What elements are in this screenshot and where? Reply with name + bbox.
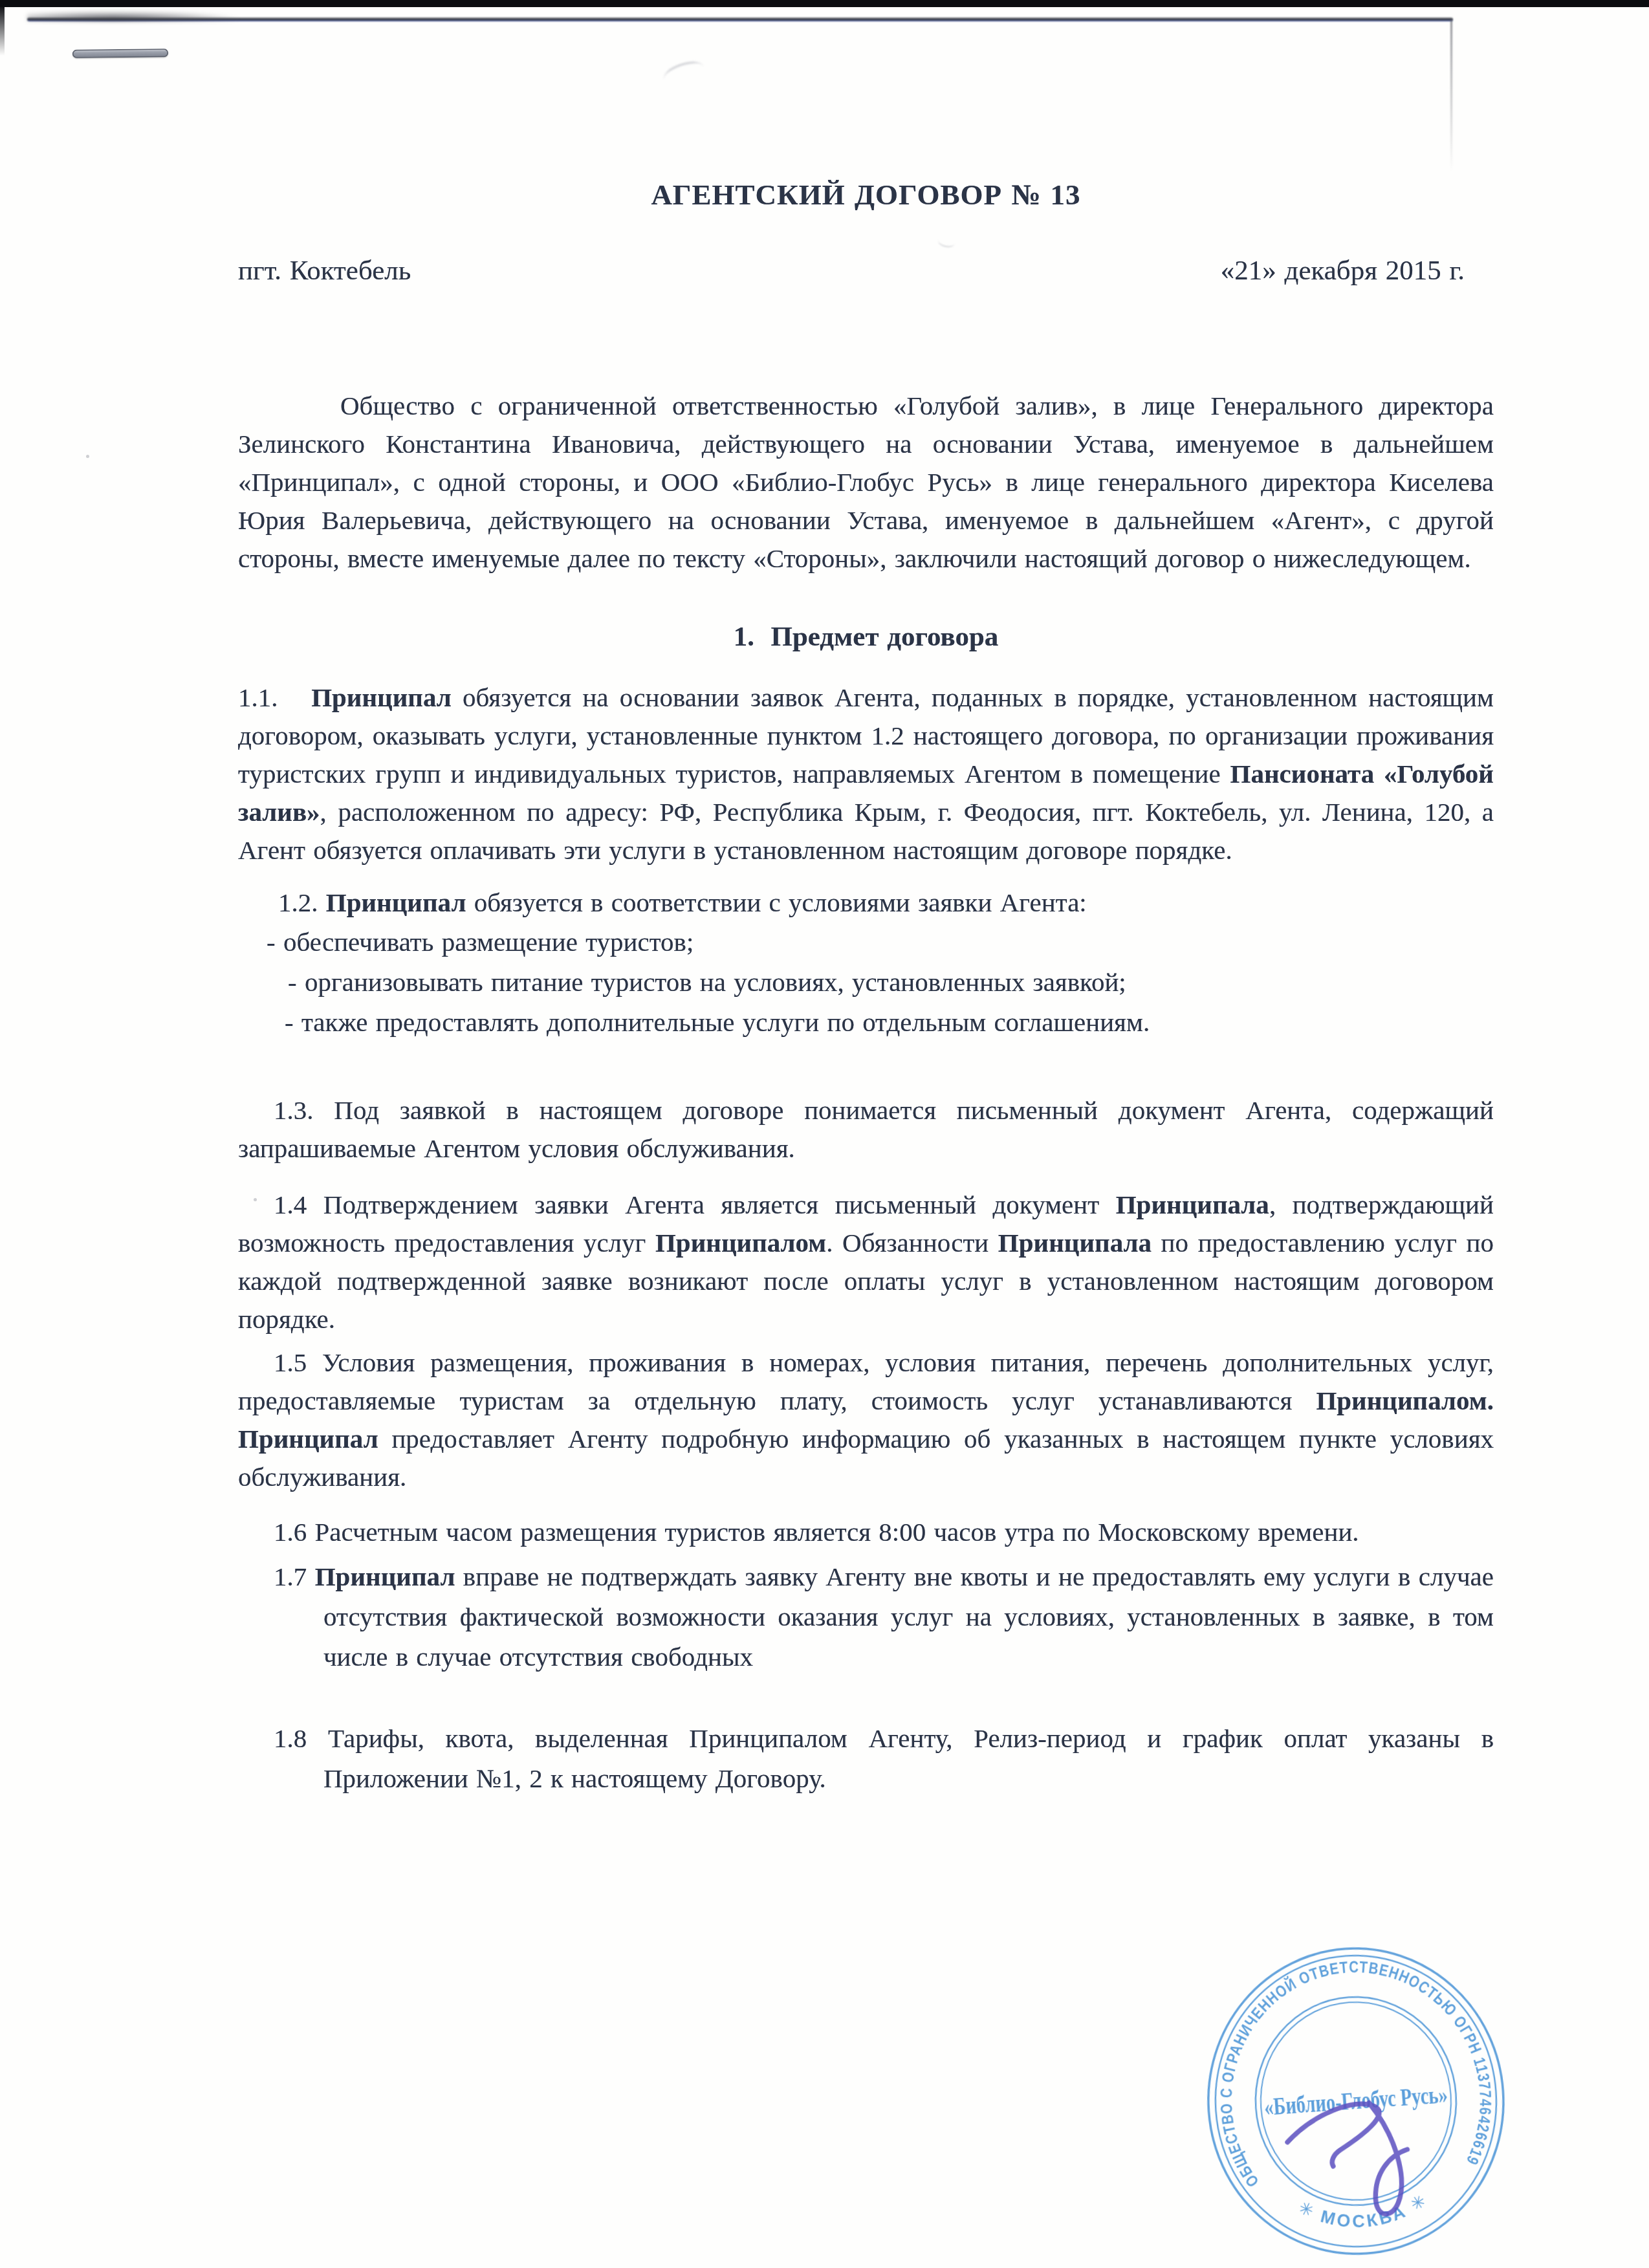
clause-1-7: 1.7 Принципал вправе не подтверждать зая…: [238, 1556, 1494, 1677]
contract-date: «21» декабря 2015 г.: [1221, 252, 1465, 290]
clause-1-3: 1.3. Под заявкой в настоящем договоре по…: [238, 1091, 1494, 1168]
page-right-corner-edge: [1450, 19, 1452, 171]
clause-1-5: 1.5 Условия размещения, проживания в ном…: [238, 1344, 1494, 1496]
pencil-smudge: [661, 58, 706, 88]
contract-page: АГЕНТСКИЙ ДОГОВОР № 13 пгт. Коктебель «2…: [238, 175, 1494, 1798]
dust-speck: [86, 455, 89, 458]
section-1-heading: 1. Предмет договора: [238, 618, 1494, 657]
clause-1-2-item-1: - обеспечивать размещение туристов;: [238, 922, 1494, 962]
place-date-row: пгт. Коктебель «21» декабря 2015 г.: [238, 252, 1494, 290]
scan-top-band: [0, 0, 1649, 7]
staple-mark: [72, 49, 168, 58]
scan-left-edge: [0, 7, 5, 56]
clause-1-2-item-2: - организовывать питание туристов на усл…: [238, 962, 1494, 1002]
stamp-ring-text: ОБЩЕСТВО С ОГРАНИЧЕННОЙ ОТВЕТСТВЕННОСТЬЮ…: [1208, 1949, 1500, 2192]
clause-1-2-heading: 1.2. Принципал обязуется в соответствии …: [238, 884, 1494, 922]
company-stamp: ОБЩЕСТВО С ОГРАНИЧЕННОЙ ОТВЕТСТВЕННОСТЬЮ…: [1192, 1934, 1521, 2268]
clause-1-4: 1.4 Подтверждением заявки Агента являетс…: [238, 1186, 1494, 1338]
page-edge-smudge: [27, 10, 312, 21]
clause-1-8: 1.8 Тарифы, квота, выделенная Принципало…: [238, 1718, 1494, 1798]
preamble-paragraph: Общество с ограниченной ответственностью…: [238, 387, 1494, 578]
contract-place: пгт. Коктебель: [238, 252, 411, 290]
stamp-center-text: «Библио-Глобус Русь»: [1263, 2081, 1448, 2121]
clause-1-1: 1.1. Принципал обязуется на основании за…: [238, 679, 1494, 869]
clause-1-6: 1.6 Расчетным часом размещения туристов …: [238, 1513, 1494, 1551]
clause-1-2-item-3: - также предоставлять дополнительные усл…: [238, 1002, 1494, 1042]
contract-title: АГЕНТСКИЙ ДОГОВОР № 13: [238, 175, 1494, 215]
